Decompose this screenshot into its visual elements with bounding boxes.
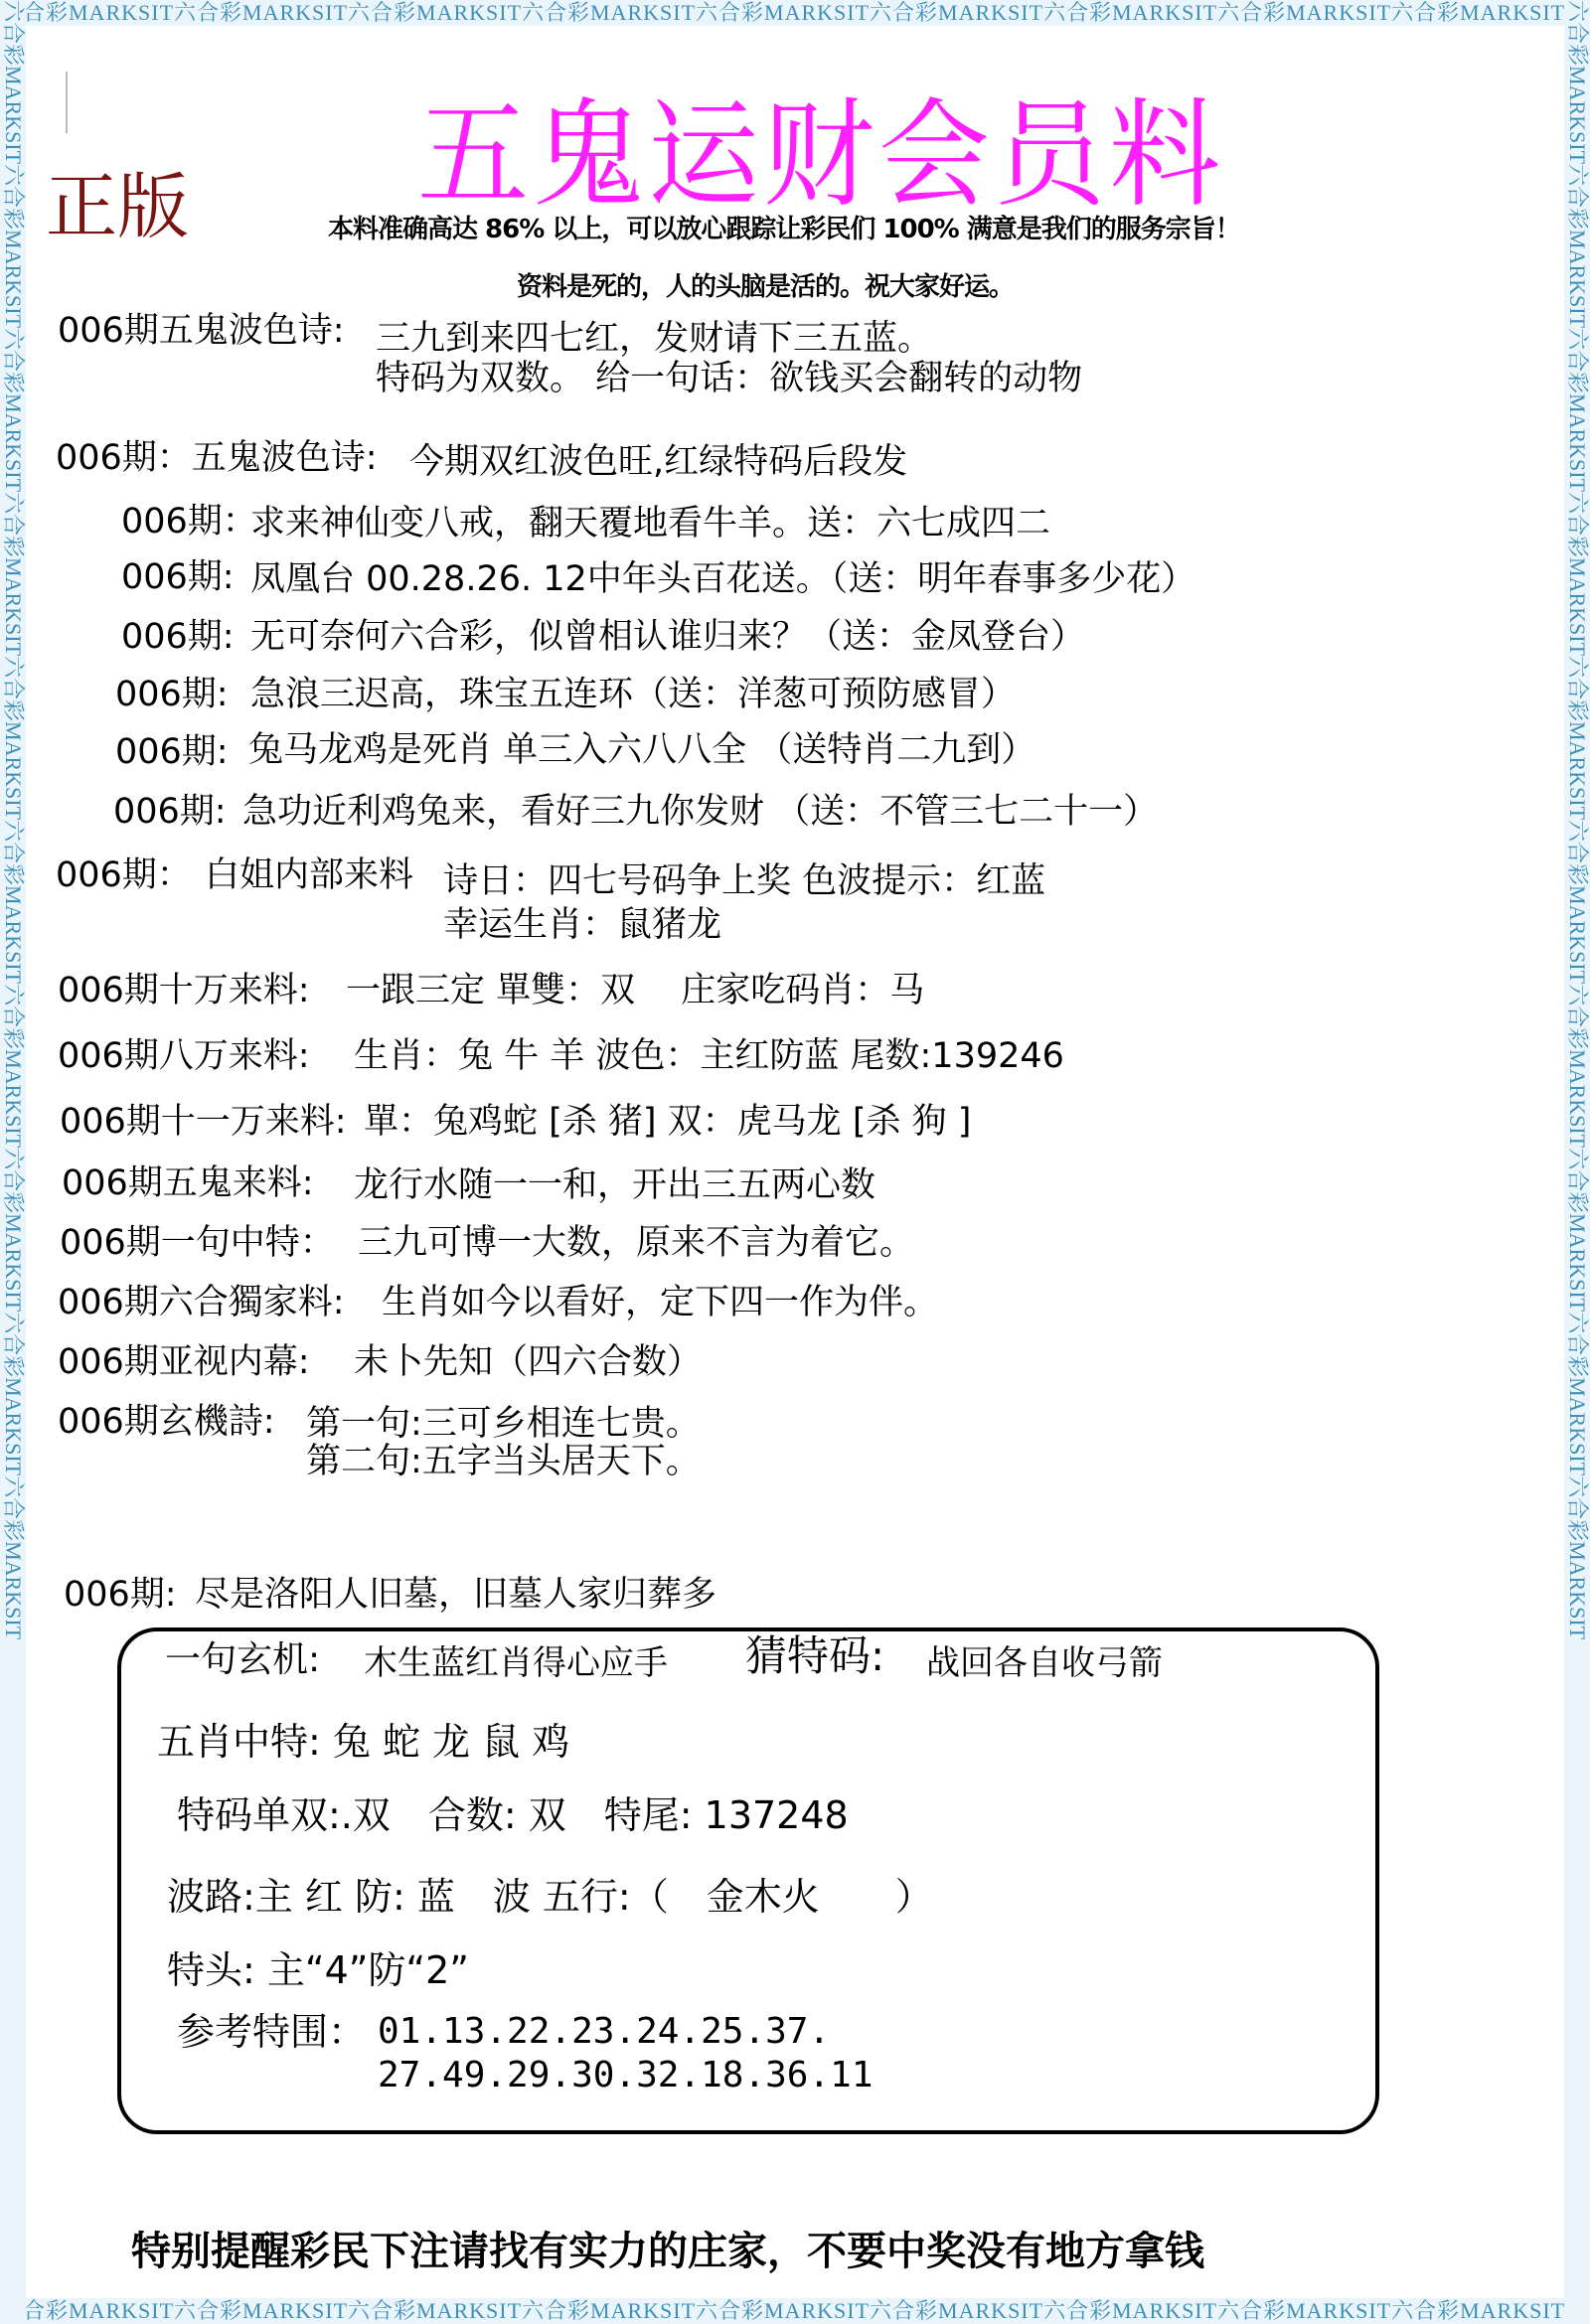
entry-label: 006期: (115, 731, 229, 773)
entry-label: 006期十一万来料: (60, 1101, 347, 1143)
tagline-accuracy: 本料准确高达 86% 以上，可以放心跟踪让彩民们 100% 满意是我们的服务宗旨… (328, 209, 1240, 245)
watermark-text: 六合彩MARKSIT六合彩MARKSIT六合彩MARKSIT六合彩MARKSIT… (1564, 0, 1590, 2324)
entry-text: 三九到来四七红，发财请下三五蓝。 (376, 318, 932, 360)
entry-label: 006期: (121, 556, 235, 598)
watermark-border-right: 六合彩MARKSIT六合彩MARKSIT六合彩MARKSIT六合彩MARKSIT… (1564, 0, 1590, 2324)
entry-text: 第一句:三可乡相连七贵。 (306, 1403, 701, 1445)
footer-notice: 特别提醒彩民下注请找有实力的庄家，不要中奖没有地方拿钱 (131, 2220, 1204, 2276)
entry-label: 006期八万来料: (58, 1035, 310, 1077)
reference-range-line2: 27.49.29.30.32.18.36.11 (378, 2055, 874, 2095)
entry-label: 006期： (56, 854, 192, 896)
mystery-text: 木生蓝红肖得心应手 (364, 1635, 668, 1684)
entry-text: 求来神仙变八戒，翻天覆地看牛羊。送：六七成四二 (250, 503, 1050, 544)
entry-label: 006期玄機詩: (58, 1401, 275, 1443)
entry-text: 无可奈何六合彩，似曾相认谁归来？（送：金凤登台） (250, 616, 1085, 658)
entry-label: 006期：五鬼波色诗: (56, 437, 378, 479)
wave-route: 波路:主 红 防: 蓝 波 五行:（ 金木火 ） (167, 1866, 933, 1921)
entry-text: 一跟三定 單雙：双 庄家吃码肖：马 (346, 970, 924, 1011)
page-title: 五鬼运财会员料 (417, 62, 1224, 230)
entry-label: 006期六合獨家料: (58, 1282, 345, 1323)
authentic-badge: 正版 (46, 149, 189, 252)
entry-text: 生肖：兔 牛 羊 波色：主红防蓝 尾数:139246 (354, 1035, 1064, 1077)
entry-text-2: 幸运生肖：鼠猪龙 (443, 904, 721, 946)
watermark-text: 六合彩MARKSIT六合彩MARKSIT六合彩MARKSIT六合彩MARKSIT… (0, 0, 26, 2324)
entry-text-2: 特码为双数。 给一句话：欲钱买会翻转的动物 (376, 358, 1082, 399)
entry-text: 凤凰台 00.28.26. 12中年头百花送。（送：明年春事多少花） (250, 558, 1195, 600)
reference-range-label: 参考特围： (177, 2001, 366, 2056)
watermark-border-left: 六合彩MARKSIT六合彩MARKSIT六合彩MARKSIT六合彩MARKSIT… (0, 0, 26, 2324)
entry-text-b: 诗日：四七号码争上奖 色波提示：红蓝 (443, 860, 1045, 902)
entry-text: 白姐内部来料 (205, 854, 413, 896)
entry-label: 006期： (121, 501, 257, 542)
entry-label: 006期: (115, 674, 229, 715)
odd-even: 特码单双:.双 合数: 双 特尾: 137248 (177, 1784, 849, 1839)
guess-code-label: 猜特码: (745, 1624, 884, 1683)
tagline-luck: 资料是死的，人的头脑是活的。祝大家好运。 (517, 266, 1014, 303)
five-zodiac: 五肖中特: 兔 蛇 龙 鼠 鸡 (157, 1711, 569, 1766)
entry-text: 龙行水随一一和，开出三五两心数 (354, 1164, 875, 1206)
entry-text: 三九可博一大数，原来不言为着它。 (358, 1222, 914, 1264)
entry-text: 尽是洛阳人旧墓，旧墓人家归葬多 (195, 1574, 716, 1616)
entry-text-2: 第二句:五字当头居天下。 (306, 1441, 701, 1482)
entry-text: 單：兔鸡蛇 [杀 猪] 双：虎马龙 [杀 狗 ] (364, 1101, 971, 1143)
entry-label: 006期亚视内幕: (58, 1341, 310, 1383)
entry-label: 006期: (113, 791, 227, 833)
reference-range-line1: 01.13.22.23.24.25.37. (378, 2011, 830, 2052)
entry-text: 未卜先知（四六合数） (354, 1341, 702, 1383)
entry-label: 006期五鬼来料: (62, 1162, 314, 1204)
entry-text: 急功近利鸡兔来，看好三九你发财 （送：不管三七二十一） (242, 791, 1158, 833)
entry-text: 今期双红波色旺,红绿特码后段发 (409, 441, 907, 483)
entry-label: 006期一句中特： (60, 1222, 335, 1264)
watermark-border-bottom: 六合彩MARKSIT六合彩MARKSIT六合彩MARKSIT六合彩MARKSIT… (0, 2298, 1590, 2324)
special-head: 特头: 主“4”防“2” (167, 1939, 469, 1994)
entry-label: 006期: (64, 1574, 177, 1616)
entry-text: 兔马龙鸡是死肖 单三入六八八全 （送特肖二九到） (248, 729, 1035, 771)
entry-label: 006期五鬼波色诗: (58, 310, 345, 352)
entry-label: 006期: (121, 616, 235, 658)
entry-text: 生肖如今以看好，定下四一作为伴。 (382, 1282, 938, 1323)
entry-label: 006期十万来料: (58, 970, 310, 1011)
divider (66, 72, 68, 133)
entry-text: 急浪三迟高，珠宝五连环（送：洋葱可预防感冒） (250, 674, 1016, 715)
guess-code-text: 战回各自收弓箭 (926, 1635, 1163, 1684)
watermark-border-top: 六合彩MARKSIT六合彩MARKSIT六合彩MARKSIT六合彩MARKSIT… (0, 0, 1590, 26)
mystery-label: 一句玄机: (165, 1631, 320, 1682)
prediction-box: 一句玄机: 木生蓝红肖得心应手 猜特码: 战回各自收弓箭 五肖中特: 兔 蛇 龙… (117, 1627, 1379, 2134)
